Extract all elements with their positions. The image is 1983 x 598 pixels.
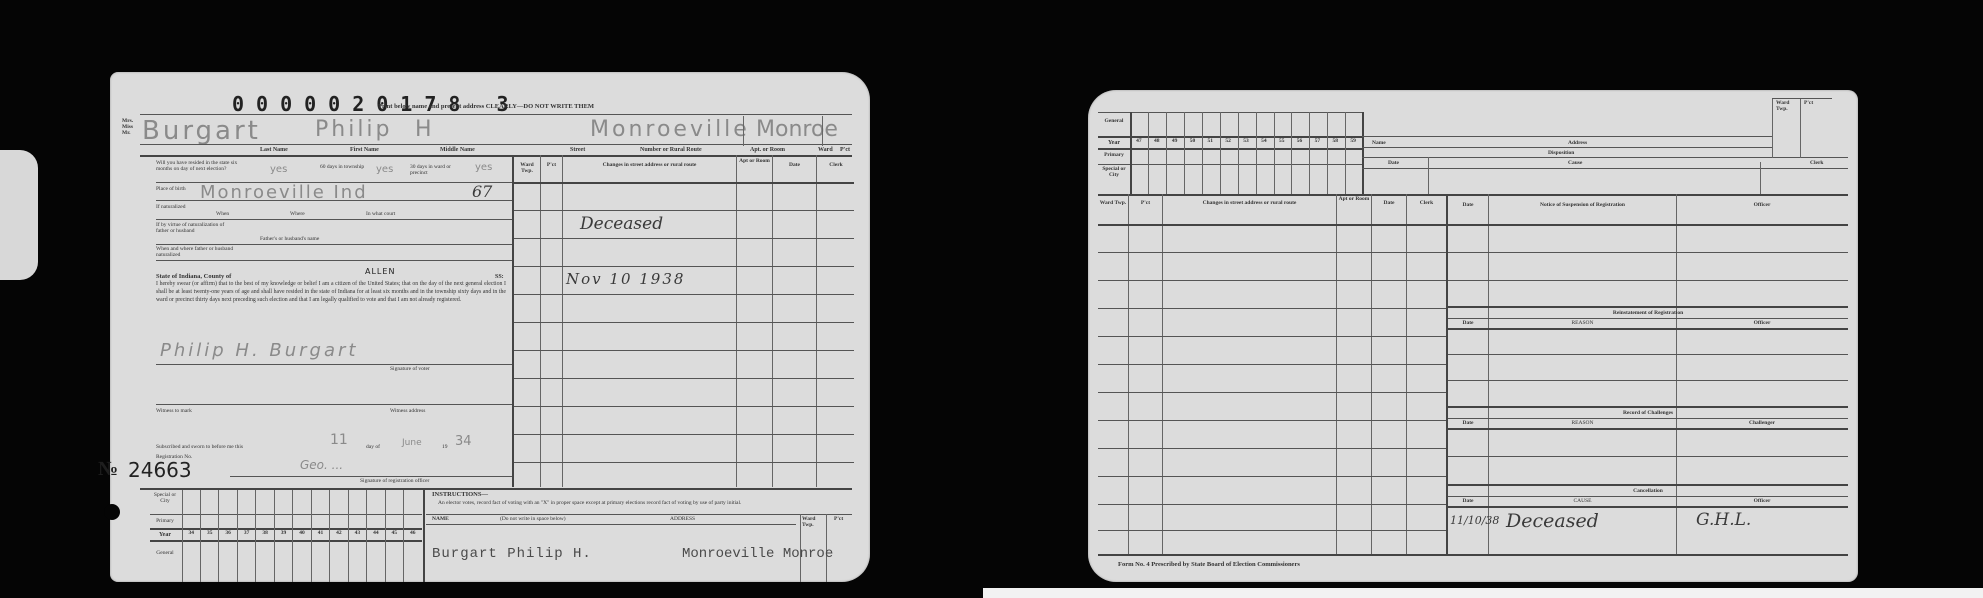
- registration-card-front: 0000020178 3 Print below name and presen…: [110, 72, 870, 582]
- changes-header-apt: Apt or Room: [737, 158, 772, 164]
- year-cell: 36: [219, 530, 237, 536]
- grid-label-general: General: [1100, 118, 1128, 124]
- birthplace-label: Place of birth: [156, 186, 186, 192]
- year-cell: 44: [367, 530, 385, 536]
- changes-header-ward: Ward Twp.: [514, 162, 540, 174]
- ward-days-label: 30 days in ward or precinct: [410, 164, 470, 176]
- instructions-text: An elector votes, record fact of voting …: [438, 500, 848, 506]
- officer-signature: Geo. ...: [300, 458, 343, 472]
- year-cell: 47: [1130, 138, 1148, 144]
- subscribed-label: Subscribed and sworn to before me this: [156, 444, 243, 450]
- bottom-ward-label: Ward Twp.: [802, 516, 822, 528]
- reinstatement-header-date: Date: [1448, 320, 1488, 326]
- changes-entry-deceased: Deceased: [580, 214, 663, 234]
- subscribed-day: 11: [330, 432, 348, 448]
- reinstatement-header-reason: REASON: [1489, 320, 1676, 326]
- day-of-label: day of: [366, 444, 380, 450]
- year-cell: 51: [1201, 138, 1219, 144]
- header-instruction: Print below name and present address CLE…: [378, 104, 594, 110]
- residence-question: Will you have resided in the state six m…: [156, 160, 251, 172]
- bottom-address-label: ADDRESS: [670, 516, 695, 522]
- apt-label: Apt. or Room: [750, 147, 785, 153]
- cancellation-title: Cancellation: [1448, 488, 1848, 494]
- cancellation-header-date: Date: [1448, 498, 1488, 504]
- instructions-title: INSTRUCTIONS—: [432, 492, 488, 498]
- pct-label: P'ct: [840, 147, 850, 153]
- salutation-label: Mrs. Miss Mr.: [122, 118, 136, 136]
- year-cell: 38: [256, 530, 274, 536]
- top-address-label: Address: [1568, 140, 1587, 146]
- top-date-label: Date: [1388, 160, 1399, 166]
- year-cell: 37: [237, 530, 255, 536]
- last-name-value: Burgart: [142, 116, 261, 146]
- bottom-name-label: NAME: [432, 516, 449, 522]
- do-not-write-label: (Do not write in space below): [500, 516, 566, 522]
- year-cell: 43: [348, 530, 366, 536]
- grid-label-special: Special or City: [150, 492, 180, 504]
- year-cell: 52: [1219, 138, 1237, 144]
- cancellation-header-officer: Officer: [1677, 498, 1847, 504]
- reinstatement-header-officer: Officer: [1677, 320, 1847, 326]
- cancellation-date: 11/10/38: [1450, 514, 1499, 527]
- top-ward-label: Ward Twp.: [1776, 100, 1796, 112]
- cancellation-header-cause: CAUSE: [1489, 498, 1676, 504]
- naturalized-when-label: When: [216, 211, 229, 217]
- cancellation-officer: G.H.L.: [1696, 510, 1751, 530]
- punch-hole: [104, 504, 120, 520]
- year-cell: 55: [1273, 138, 1291, 144]
- back-changes-header-address: Changes in street address or rural route: [1163, 200, 1336, 206]
- year-cell: 59: [1344, 138, 1362, 144]
- back-changes-header-date: Date: [1372, 200, 1406, 206]
- number-sign: №: [98, 458, 118, 481]
- year-cell: 48: [1148, 138, 1166, 144]
- changes-header-clerk: Clerk: [817, 162, 855, 168]
- grid-label-year: Year: [150, 532, 180, 538]
- bottom-pct-label: P'ct: [834, 516, 843, 522]
- scan-edge-artifact: [0, 150, 38, 280]
- naturalized-label: If naturalized: [156, 204, 196, 210]
- changes-entry-date: Nov 10 1938: [566, 270, 685, 288]
- year-cell: 58: [1326, 138, 1344, 144]
- typed-address: Monroeville Monroe: [682, 546, 833, 562]
- voter-signature: Philip H. Burgart: [160, 340, 358, 361]
- last-name-label: Last Name: [260, 147, 288, 153]
- officer-signature-label: Signature of registration officer: [360, 478, 429, 484]
- year-cell: 41: [311, 530, 329, 536]
- residence-answer: yes: [270, 164, 287, 175]
- back-changes-header-apt: Apt or Room: [1337, 196, 1371, 202]
- year-cell: 35: [200, 530, 218, 536]
- registration-card-back: General Year Primary Special or City 47 …: [1088, 90, 1858, 582]
- scan-edge-strip: [983, 588, 1983, 598]
- typed-name: Burgart Philip H.: [432, 546, 592, 562]
- challenges-title: Record of Challenges: [1448, 410, 1848, 416]
- grid-label-general: General: [150, 550, 180, 556]
- challenges-header-reason: REASON: [1489, 420, 1676, 426]
- subscribed-year: 34: [455, 434, 472, 449]
- grid-label-year: Year: [1100, 140, 1128, 146]
- virtue-label: If by virtue of naturalization of father…: [156, 222, 226, 234]
- year-cell: 56: [1291, 138, 1309, 144]
- top-clerk-label: Clerk: [1810, 160, 1823, 166]
- year-cell: 42: [330, 530, 348, 536]
- suspension-header-notice: Notice of Suspension of Registration: [1489, 202, 1676, 208]
- top-pct-label: P'ct: [1804, 100, 1813, 106]
- form-footer: Form No. 4 Prescribed by State Board of …: [1118, 562, 1300, 568]
- year-cell: 45: [385, 530, 403, 536]
- changes-header-pct: P'ct: [541, 162, 562, 168]
- township-answer: yes: [376, 164, 393, 175]
- back-changes-header-clerk: Clerk: [1407, 200, 1446, 206]
- witness-label: Witness to mark: [156, 408, 192, 414]
- year-cell: 49: [1166, 138, 1184, 144]
- reinstatement-title: Reinstatement of Registration: [1448, 310, 1848, 316]
- age-value: 67: [472, 182, 492, 201]
- suspension-header-date: Date: [1448, 202, 1488, 208]
- grid-label-special: Special or City: [1100, 166, 1128, 178]
- year-cell: 34: [182, 530, 200, 536]
- township-label: 60 days in township: [320, 164, 370, 170]
- back-changes-header-ward: Ward Twp.: [1098, 200, 1128, 206]
- middle-name-label: Middle Name: [440, 147, 475, 153]
- middle-name-value: H: [415, 117, 432, 142]
- ward-label: Ward: [818, 147, 833, 153]
- first-name-label: First Name: [350, 147, 379, 153]
- disposition-label: Disposition: [1548, 150, 1574, 156]
- cancellation-cause: Deceased: [1506, 510, 1599, 532]
- suspension-header-officer: Officer: [1677, 202, 1847, 208]
- changes-header-date: Date: [773, 162, 816, 168]
- year-cell: 50: [1184, 138, 1202, 144]
- subscribed-month: June: [402, 438, 422, 448]
- oath-county-value: ALLEN: [365, 267, 395, 276]
- top-cause-label: Cause: [1568, 160, 1582, 166]
- top-name-label: Name: [1372, 140, 1386, 146]
- year-cell: 54: [1255, 138, 1273, 144]
- naturalized-court-label: In what court: [366, 211, 395, 217]
- year-cell: 57: [1308, 138, 1326, 144]
- year-cell: 40: [293, 530, 311, 536]
- apt-value: Monroe: [756, 117, 838, 142]
- naturalized-where-label: Where: [290, 211, 305, 217]
- father-name-label: Father's or husband's name: [260, 236, 319, 242]
- grid-label-primary: Primary: [1100, 152, 1128, 158]
- oath-text: I hereby swear (or affirm) that to the b…: [156, 280, 506, 304]
- first-name-value: Philip: [315, 117, 393, 142]
- challenges-header-date: Date: [1448, 420, 1488, 426]
- year-cell: 53: [1237, 138, 1255, 144]
- challenges-header-challenger: Challenger: [1677, 420, 1847, 426]
- year-prefix: 19: [442, 444, 448, 450]
- street-label: Street: [570, 147, 585, 153]
- ward-days-answer: yes: [475, 162, 492, 173]
- number-label: Number or Rural Route: [640, 147, 702, 153]
- registration-number: 24663: [128, 458, 192, 482]
- father-naturalized-label: When and where father or husband natural…: [156, 246, 236, 258]
- year-cell: 39: [274, 530, 292, 536]
- changes-header-address: Changes in street address or rural route: [563, 162, 736, 168]
- voter-signature-label: Signature of voter: [390, 366, 430, 372]
- grid-label-primary: Primary: [150, 518, 180, 524]
- left-year-grid: [182, 490, 183, 582]
- back-changes-header-pct: P'ct: [1129, 200, 1162, 206]
- street-value: Monroeville: [590, 117, 750, 142]
- witness-address-label: Witness address: [390, 408, 425, 414]
- year-cell: 46: [404, 530, 422, 536]
